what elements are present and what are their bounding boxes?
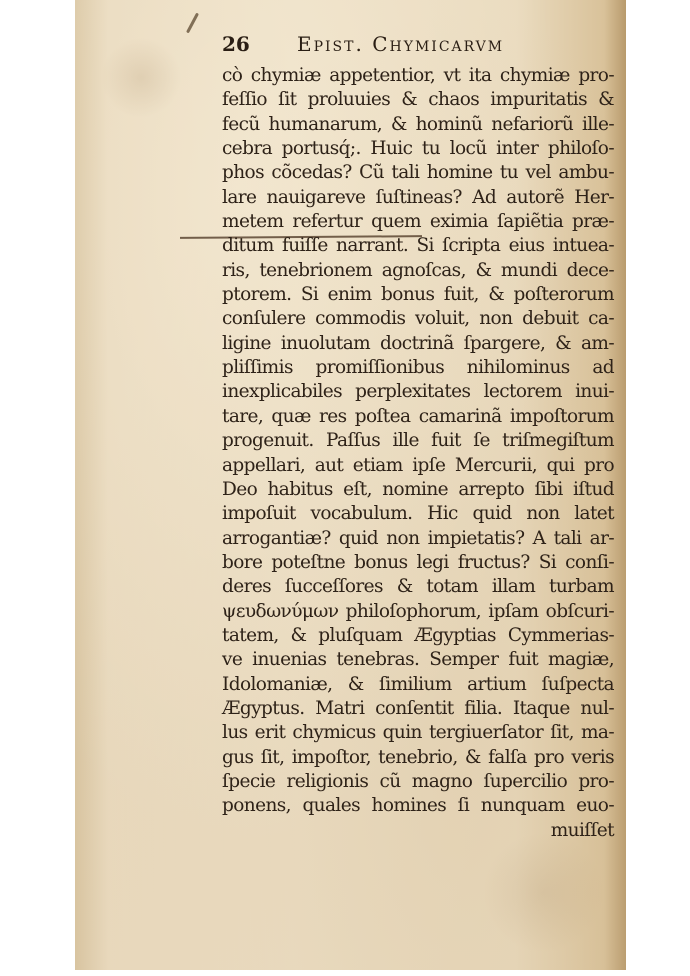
text-line: cebra portusq́;. Huic tu locũ inter phil… — [222, 137, 614, 161]
text-line: phos cõcedas? Cũ tali homine tu vel ambu… — [222, 161, 614, 185]
text-line: conſulere commodis voluit, non debuit ca… — [222, 307, 614, 331]
catchword-line: muiſſet — [222, 819, 614, 843]
ink-pen-mark — [186, 13, 199, 34]
text-line: ligine inuolutam doctrinã ſpargere, & am… — [222, 332, 614, 356]
text-line: deres ſucceſſores & totam illam turbam — [222, 575, 614, 599]
text-line: impoſuit vocabulum. Hic quid non latet — [222, 502, 614, 526]
text-line: feſſio ſit proluuies & chaos impuritatis… — [222, 88, 614, 112]
body-text: cò chymiæ appetentior, vt ita chymiæ pro… — [222, 64, 614, 843]
text-line: ris, tenebrionem agnoſcas, & mundi dece- — [222, 259, 614, 283]
text-line: ditum fuiſſe narrant. Si ſcripta eius in… — [222, 234, 614, 258]
text-line: ponens, quales homines ſi nunquam euo- — [222, 794, 614, 818]
text-line: pliſſimis promiſſionibus nihilominus ad — [222, 356, 614, 380]
text-line: cò chymiæ appetentior, vt ita chymiæ pro… — [222, 64, 614, 88]
text-line: Idolomaniæ, & ſimilium artium ſuſpecta — [222, 673, 614, 697]
text-line: tare, quæ res poſtea camarinã impoſtorum — [222, 405, 614, 429]
text-line: ve inuenias tenebras. Semper fuit magiæ, — [222, 648, 614, 672]
text-line: lus erit chymicus quin tergiuerſator ſit… — [222, 721, 614, 745]
text-line: appellari, aut etiam ipſe Mercurii, qui … — [222, 454, 614, 478]
text-line: bore poteſtne bonus legi fructus? Si con… — [222, 551, 614, 575]
text-line: ψευδωνύμων philoſophorum, ipſam obſcuri- — [222, 600, 614, 624]
text-line: ſpecie religionis cũ magno ſupercilio pr… — [222, 770, 614, 794]
text-line: metem refertur quem eximia ſapiẽtia præ- — [222, 210, 614, 234]
text-line: gus ſit, impoſtor, tenebrio, & falſa pro… — [222, 746, 614, 770]
text-line: lare nauigareve ſuſtineas? Ad autorẽ Her… — [222, 186, 614, 210]
text-line: Deo habitus eſt, nomine arrepto ſibi iſt… — [222, 478, 614, 502]
page-number: 26 — [222, 32, 250, 56]
text-line: Ægyptus. Matri conſentit filia. Itaque n… — [222, 697, 614, 721]
page-header: 26 Epist. Chymicarvm — [222, 30, 617, 60]
text-line: fecũ humanarum, & hominũ nefariorũ ille- — [222, 113, 614, 137]
running-head: Epist. Chymicarvm — [297, 32, 504, 56]
text-line: arrogantiæ? quid non impietatis? A tali … — [222, 527, 614, 551]
text-line: inexplicabiles perplexitates lectorem in… — [222, 380, 614, 404]
text-line: progenuit. Paſſus ille fuit ſe triſmegiſ… — [222, 429, 614, 453]
text-line: tatem, & pluſquam Ægyptias Cymmerias- — [222, 624, 614, 648]
text-line: ptorem. Si enim bonus fuit, & poſterorum — [222, 283, 614, 307]
